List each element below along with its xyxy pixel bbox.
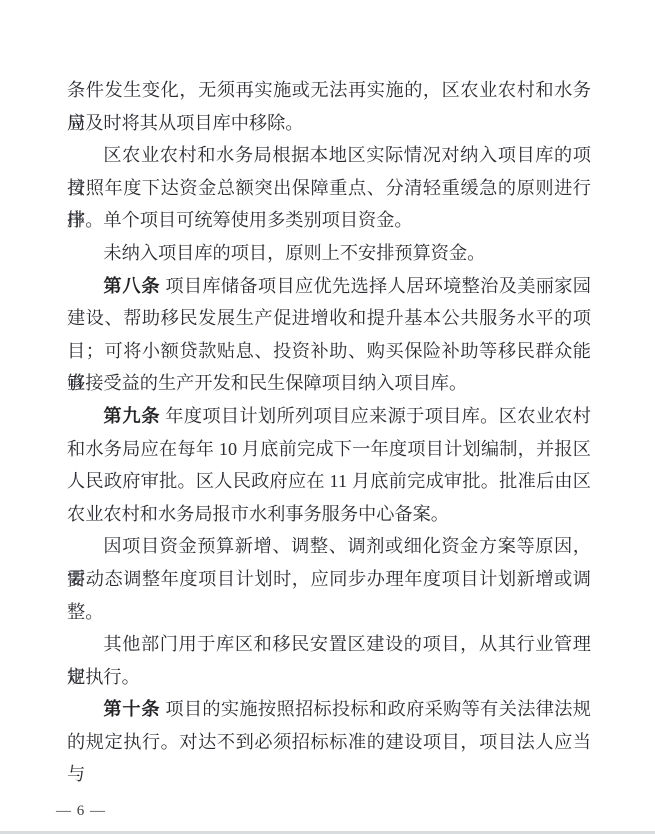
text-line-content: 年度项目计划所列项目应来源于项目库。区农业农村	[160, 406, 591, 426]
text-line: 条件发生变化，无须再实施或无法再实施的，区农业农村和水务局	[67, 74, 591, 107]
page-number: — 6 —	[56, 801, 106, 821]
text-line: 应及时将其从项目库中移除。	[67, 107, 591, 140]
text-line: 第九条 年度项目计划所列项目应来源于项目库。区农业农村	[67, 400, 591, 433]
article-number-label: 第十条	[103, 699, 160, 719]
text-line-content: 项目库储备项目应优先选择人居环境整治及美丽家园	[160, 276, 591, 296]
text-line: 的规定执行。对达不到必须招标标准的建设项目，项目法人应当与	[67, 726, 591, 759]
text-line: 第八条 项目库储备项目应优先选择人居环境整治及美丽家园	[67, 270, 591, 303]
text-line: 和水务局应在每年 10 月底前完成下一年度项目计划编制，并报区	[67, 433, 591, 466]
text-line: 人民政府审批。区人民政府应在 11 月底前完成审批。批准后由区	[67, 465, 591, 498]
text-line: 直接受益的生产开发和民生保障项目纳入项目库。	[67, 367, 591, 400]
text-line: 区农业农村和水务局根据本地区实际情况对纳入项目库的项目	[67, 139, 591, 172]
document-page: 条件发生变化，无须再实施或无法再实施的，区农业农村和水务局应及时将其从项目库中移…	[0, 0, 655, 834]
text-line: 要动态调整年度项目计划时，应同步办理年度项目计划新增或调	[67, 563, 591, 596]
article-number-label: 第九条	[103, 406, 160, 426]
text-line: 序。单个项目可统筹使用多类别项目资金。	[67, 204, 591, 237]
text-line: 建设、帮助移民发展生产促进增收和提升基本公共服务水平的项	[67, 302, 591, 335]
text-line: 农业农村和水务局报市水利事务服务中心备案。	[67, 498, 591, 531]
text-line: 按照年度下达资金总额突出保障重点、分清轻重缓急的原则进行排	[67, 172, 591, 205]
document-body: 条件发生变化，无须再实施或无法再实施的，区农业农村和水务局应及时将其从项目库中移…	[67, 74, 591, 758]
text-line: 整。	[67, 596, 591, 629]
article-number-label: 第八条	[103, 276, 160, 296]
text-line: 目；可将小额贷款贴息、投资补助、购买保险补助等移民群众能够	[67, 335, 591, 368]
text-line: 第十条 项目的实施按照招标投标和政府采购等有关法律法规	[67, 693, 591, 726]
text-line: 其他部门用于库区和移民安置区建设的项目，从其行业管理规	[67, 628, 591, 661]
text-line: 定执行。	[67, 661, 591, 694]
text-line: 因项目资金预算新增、调整、调剂或细化资金方案等原因，需	[67, 530, 591, 563]
text-line: 未纳入项目库的项目，原则上不安排预算资金。	[67, 237, 591, 270]
text-line-content: 项目的实施按照招标投标和政府采购等有关法律法规	[160, 699, 591, 719]
